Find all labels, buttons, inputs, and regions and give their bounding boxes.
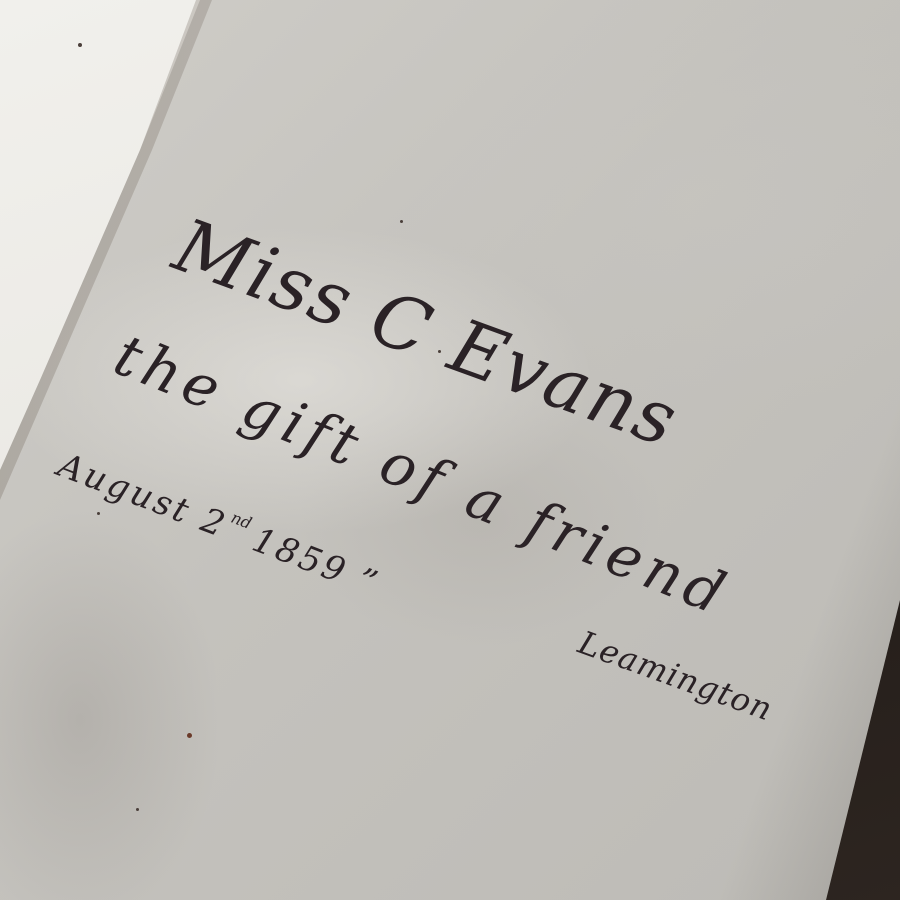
foxing-speck	[78, 43, 82, 47]
foxing-speck	[400, 220, 403, 223]
foxing-speck	[187, 733, 192, 738]
photo-scene: Miss C Evans the gift of a friend August…	[0, 0, 900, 900]
foxing-speck	[136, 808, 139, 811]
foxing-speck	[97, 512, 100, 515]
